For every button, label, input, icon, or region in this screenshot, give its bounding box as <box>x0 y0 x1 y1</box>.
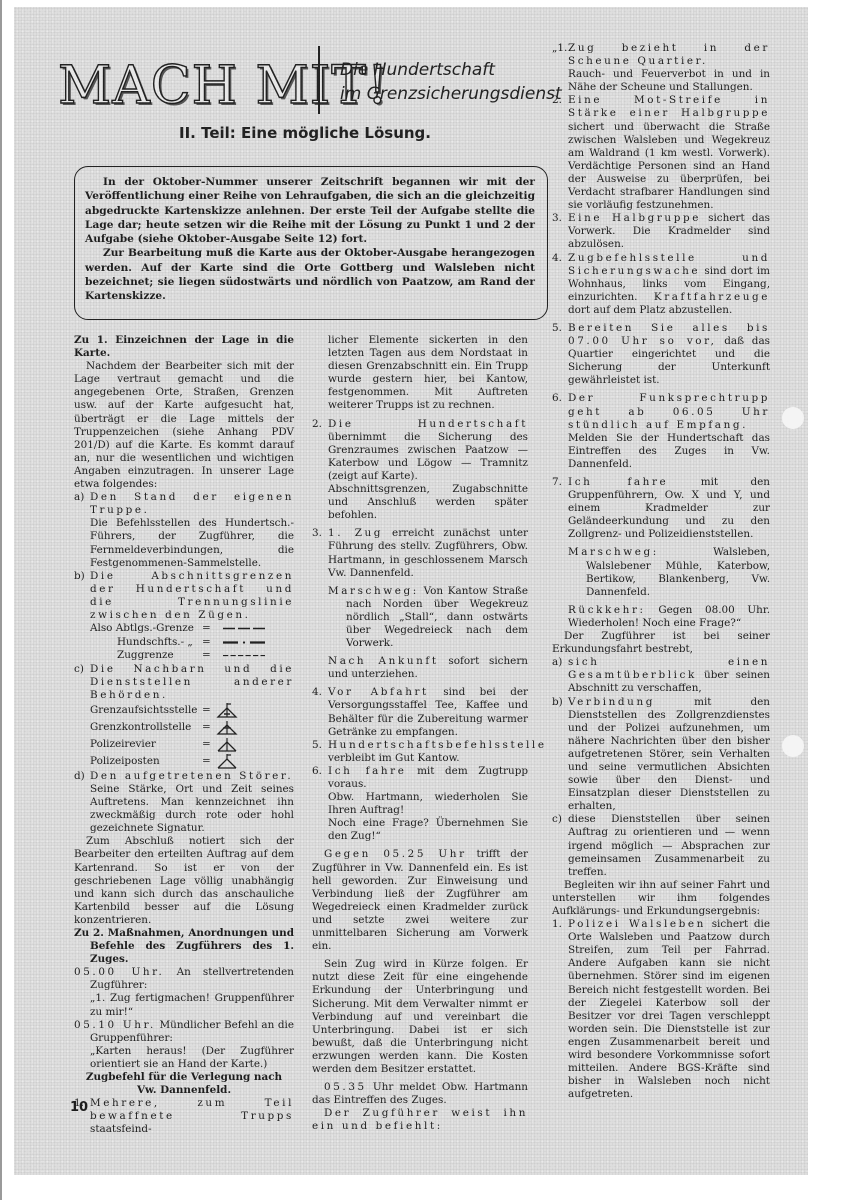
column-right: „1. Zug bezieht in der Scheune Quartier.… <box>552 42 770 1101</box>
intro-paragraph-2: Zur Bearbeitung muß die Karte aus der Ok… <box>85 246 535 303</box>
result-item-1: 1. Polizei Walsleben sichert die Orte Wa… <box>552 918 770 1101</box>
order-item-1: „1. Zug bezieht in der Scheune Quartier.… <box>552 42 770 94</box>
list-marker: a) <box>552 656 568 695</box>
goal-item-c: c) diese Dienststellen über seinen Auftr… <box>552 813 770 878</box>
list-marker: 1. <box>552 918 568 1101</box>
legend-row-division-boundary: Also Abtlgs.-Grenze = <box>90 622 294 636</box>
legend-row-company-boundary: Hundschfts.- „ = <box>90 636 294 650</box>
order-item-heading: Eine Mot-Streife in Stärke einer Halbgru… <box>568 94 770 119</box>
order-item-heading: Ich fahre <box>568 476 668 488</box>
order-item-heading: Zug bezieht in der Scheune Quartier. <box>568 42 770 68</box>
order-item-4: 4. Zugbefehlsstelle und Sicherungswache … <box>552 252 770 317</box>
list-item-heading: Die Nachbarn und die Dienststellen ander… <box>90 663 294 702</box>
symbol-row: Grenzaufsichtsstelle = <box>90 702 294 719</box>
order-item-1: 1. Mehrere, zum Teil bewaffnete Trupps s… <box>74 1097 294 1136</box>
return-heading: Rückkehr: <box>568 604 646 616</box>
long-dash-line-icon <box>216 627 272 630</box>
order-item-3: 3. 1. Zug erreicht zunächst unter Führun… <box>312 527 528 681</box>
order-item-6: 6. Ich fahre mit dem Zugtrupp voraus. Ob… <box>312 765 528 844</box>
list-item-heading: Den aufgetretenen Störer. <box>90 770 294 783</box>
order-item-heading: Die Hundertschaft <box>328 418 528 430</box>
symbol-equals: = <box>202 738 216 751</box>
list-marker: c) <box>74 663 90 702</box>
order-item-5: 5. Hundertschaftsbefehlsstelle verbleibt… <box>312 739 528 765</box>
list-item-a: a) Den Stand der eigenen Truppe. Die Bef… <box>74 491 294 570</box>
column-left: Zu 1. Einzeichnen der Lage in die Karte.… <box>74 334 294 1136</box>
police-post-symbol-icon <box>216 753 238 770</box>
column-middle: licher Elemente sickerten in den letzten… <box>312 334 528 1133</box>
list-marker: 6. <box>552 392 568 471</box>
list-item-c: c) Die Nachbarn und die Dienststellen an… <box>74 663 294 702</box>
order-item-heading: Der Funksprechtrupp geht ab 06.05 Uhr st… <box>568 392 770 431</box>
order-item-heading: Hundertschaftsbefehlsstelle <box>328 739 547 751</box>
paragraph: Der Zugführer weist ihn ein und befiehlt… <box>312 1107 528 1133</box>
symbol-row: Polizeirevier = <box>90 736 294 753</box>
legend-equals: = <box>202 649 216 662</box>
punch-hole <box>782 407 804 429</box>
order-item-text: übernimmt die Sicherung des Grenzraumes … <box>328 431 528 482</box>
police-station-symbol-icon <box>216 736 238 753</box>
time-label: 05.10 Uhr. <box>74 1019 156 1031</box>
time-label: Gegen 05.25 Uhr <box>324 848 467 860</box>
section-heading-2: Zu 2. Maßnahmen, Anordnungen und Befehle… <box>74 927 294 966</box>
paragraph: 05.35 Uhr meldet Obw. Hartmann das Eintr… <box>312 1081 528 1107</box>
order-item-4: 4. Vor Abfahrt sind bei der Versorgungss… <box>312 686 528 738</box>
symbol-equals: = <box>202 755 216 768</box>
legend-row-platoon-boundary: Zuggrenze = <box>90 649 294 663</box>
quote: „Karten heraus! (Der Zugführer orientier… <box>74 1045 294 1071</box>
short-dash-line-icon <box>216 654 272 657</box>
subtitle-line-1: Die Hundertschaft <box>340 58 562 82</box>
goal-item-b: b) Verbindung mit den Dienststellen des … <box>552 696 770 814</box>
page-number: 10 <box>70 1100 88 1115</box>
border-supervision-post-symbol-icon <box>216 702 238 719</box>
order-item-heading: Eine Halbgruppe <box>568 212 701 224</box>
order-item-5: 5. Bereiten Sie alles bis 07.00 Uhr so v… <box>552 322 770 387</box>
list-item-heading: Den Stand der eigenen Truppe. <box>90 491 294 517</box>
list-item-text: Die Befehlsstellen des Hundertsch.-Führe… <box>90 517 294 569</box>
order-item-text: Rauch- und Feuerverbot in und in Nähe de… <box>568 68 770 94</box>
legend-equals: = <box>202 636 216 649</box>
timed-entry: 05.00 Uhr. An stellvertretenden Zugführe… <box>74 966 294 992</box>
order-item-text: staatsfeind- <box>90 1123 152 1135</box>
subtitle-line-2: im Grenzsicherungsdienst <box>340 82 562 106</box>
order-item-heading: Kraftfahrzeuge <box>654 291 770 303</box>
order-item-text: Obw. Hartmann, wiederholen Sie Ihren Auf… <box>328 791 528 817</box>
time-label: 05.35 <box>324 1081 367 1093</box>
paragraph-text: trifft der Zugführer in Vw. Dannenfeld e… <box>312 848 528 952</box>
order-item-text: verbleibt im Gut Kantow. <box>328 752 460 764</box>
order-item-text: Abschnittsgrenzen, Zugabschnitte und Ans… <box>328 483 528 522</box>
order-item-text: Melden Sie der Hundertschaft das Eintref… <box>568 432 770 471</box>
paragraph: Zum Abschluß notiert sich der Bearbeiter… <box>74 835 294 927</box>
paragraph: Gegen 05.25 Uhr trifft der Zugführer in … <box>312 848 528 953</box>
goal-item-a: a) sich einen Gesamtüberblick über seine… <box>552 656 770 695</box>
route-heading: Marschweg: <box>328 585 419 597</box>
symbol-label: Polizeiposten <box>90 755 202 768</box>
order-item-6: 6. Der Funksprechtrupp geht ab 06.05 Uhr… <box>552 392 770 471</box>
order-item-heading: 1. Zug <box>328 527 383 539</box>
symbol-equals: = <box>202 721 216 734</box>
result-heading: Polizei Walsleben <box>568 918 706 930</box>
order-item-heading: Ich fahre <box>328 765 406 777</box>
time-label: 05.00 Uhr. <box>74 966 164 978</box>
header-subtitle: Die Hundertschaft im Grenzsicherungsdien… <box>340 58 562 106</box>
arrival-heading: Nach Ankunft <box>328 655 439 667</box>
order-item-heading: Mehrere, zum Teil bewaffnete Trupps <box>90 1097 294 1122</box>
list-marker: 5. <box>552 322 568 387</box>
list-marker: 3. <box>552 212 568 251</box>
list-marker: c) <box>552 813 568 878</box>
goal-heading: Verbindung <box>568 696 655 708</box>
intro-paragraph-1: In der Oktober-Nummer unserer Zeitschrif… <box>85 175 535 246</box>
list-marker: 6. <box>312 765 328 844</box>
symbol-row: Grenzkontrollstelle = <box>90 719 294 736</box>
result-text: sichert die Orte Walsleben und Paatzow d… <box>568 918 770 1100</box>
list-marker: 2. <box>552 94 568 212</box>
list-marker: 4. <box>312 686 328 738</box>
legend-label: Also Abtlgs.-Grenze <box>90 622 202 635</box>
timed-entry: 05.10 Uhr. Mündlicher Befehl an die Grup… <box>74 1019 294 1045</box>
list-item-d: d) Den aufgetretenen Störer. Seine Stärk… <box>74 770 294 835</box>
symbol-label: Grenzaufsichtsstelle <box>90 704 202 717</box>
header-divider <box>318 46 320 114</box>
section-heading-1: Zu 1. Einzeichnen der Lage in die Karte. <box>74 334 294 360</box>
symbol-equals: = <box>202 704 216 717</box>
list-item-text: Seine Stärke, Ort und Zeit seines Auftre… <box>90 783 294 835</box>
intro-box: In der Oktober-Nummer unserer Zeitschrif… <box>74 166 548 320</box>
symbol-legend: Grenzaufsichtsstelle = Grenzkontrollstel… <box>74 702 294 770</box>
symbol-label: Grenzkontrollstelle <box>90 721 202 734</box>
list-marker: a) <box>74 491 90 570</box>
order-item-2: 2. Die Hundertschaft übernimmt die Siche… <box>312 418 528 523</box>
quote: „1. Zug fertigmachen! Gruppenführer zu m… <box>74 992 294 1018</box>
legend-equals: = <box>202 622 216 635</box>
list-marker: b) <box>74 570 90 663</box>
list-marker: „1. <box>552 42 568 94</box>
paragraph: Der Zugführer ist bei seiner Erkundungsf… <box>552 630 770 656</box>
list-marker: 7. <box>552 476 568 630</box>
goal-text: mit den Dienststellen des Zollgrenzdiens… <box>568 696 770 813</box>
order-item-text: sichert und überwacht die Straße zwische… <box>568 121 770 212</box>
route-heading: Marschweg: <box>568 546 659 558</box>
border-control-post-symbol-icon <box>216 719 238 736</box>
order-item-3: 3. Eine Halbgruppe sichert das Vorwerk. … <box>552 212 770 251</box>
order-item-text: Noch eine Frage? Übernehmen Sie den Zug!… <box>328 817 528 843</box>
goal-text: diese Dienststellen über seinen Auftrag … <box>568 813 770 878</box>
list-marker: 2. <box>312 418 328 523</box>
list-item-b: b) Die Abschnittsgrenzen der Hundertscha… <box>74 570 294 663</box>
order-item-heading: Vor Abfahrt <box>328 686 429 698</box>
symbol-label: Polizeirevier <box>90 738 202 751</box>
list-marker: d) <box>74 770 90 835</box>
legend-label: Zuggrenze <box>90 649 202 662</box>
order-item-1-continued: licher Elemente sickerten in den letzten… <box>312 334 528 413</box>
list-marker: 4. <box>552 252 568 317</box>
list-marker: 5. <box>312 739 328 765</box>
list-marker: b) <box>552 696 568 814</box>
order-title-line-2: Vw. Dannenfeld. <box>74 1084 294 1097</box>
list-item-heading: Die Abschnittsgrenzen der Hundertschaft … <box>90 570 294 622</box>
order-item-text: dort auf dem Platz abzustellen. <box>568 304 732 316</box>
dash-dot-line-icon <box>216 641 272 644</box>
order-title-line-1: Zugbefehl für die Verlegung nach <box>74 1071 294 1084</box>
paragraph: Sein Zug wird in Kürze folgen. Er nutzt … <box>312 958 528 1076</box>
punch-hole <box>782 735 804 757</box>
scan-edge-line <box>0 0 2 1200</box>
symbol-row: Polizeiposten = <box>90 753 294 770</box>
legend-label: Hundschfts.- „ <box>90 636 202 649</box>
list-marker: 3. <box>312 527 328 681</box>
order-item-7: 7. Ich fahre mit den Gruppenführern, Ow.… <box>552 476 770 630</box>
paragraph: Begleiten wir ihn auf seiner Fahrt und u… <box>552 879 770 918</box>
order-item-2: 2. Eine Mot-Streife in Stärke einer Halb… <box>552 94 770 212</box>
part-title: II. Teil: Eine mögliche Lösung. <box>60 124 550 142</box>
paragraph: Nachdem der Bearbeiter sich mit der Lage… <box>74 360 294 491</box>
